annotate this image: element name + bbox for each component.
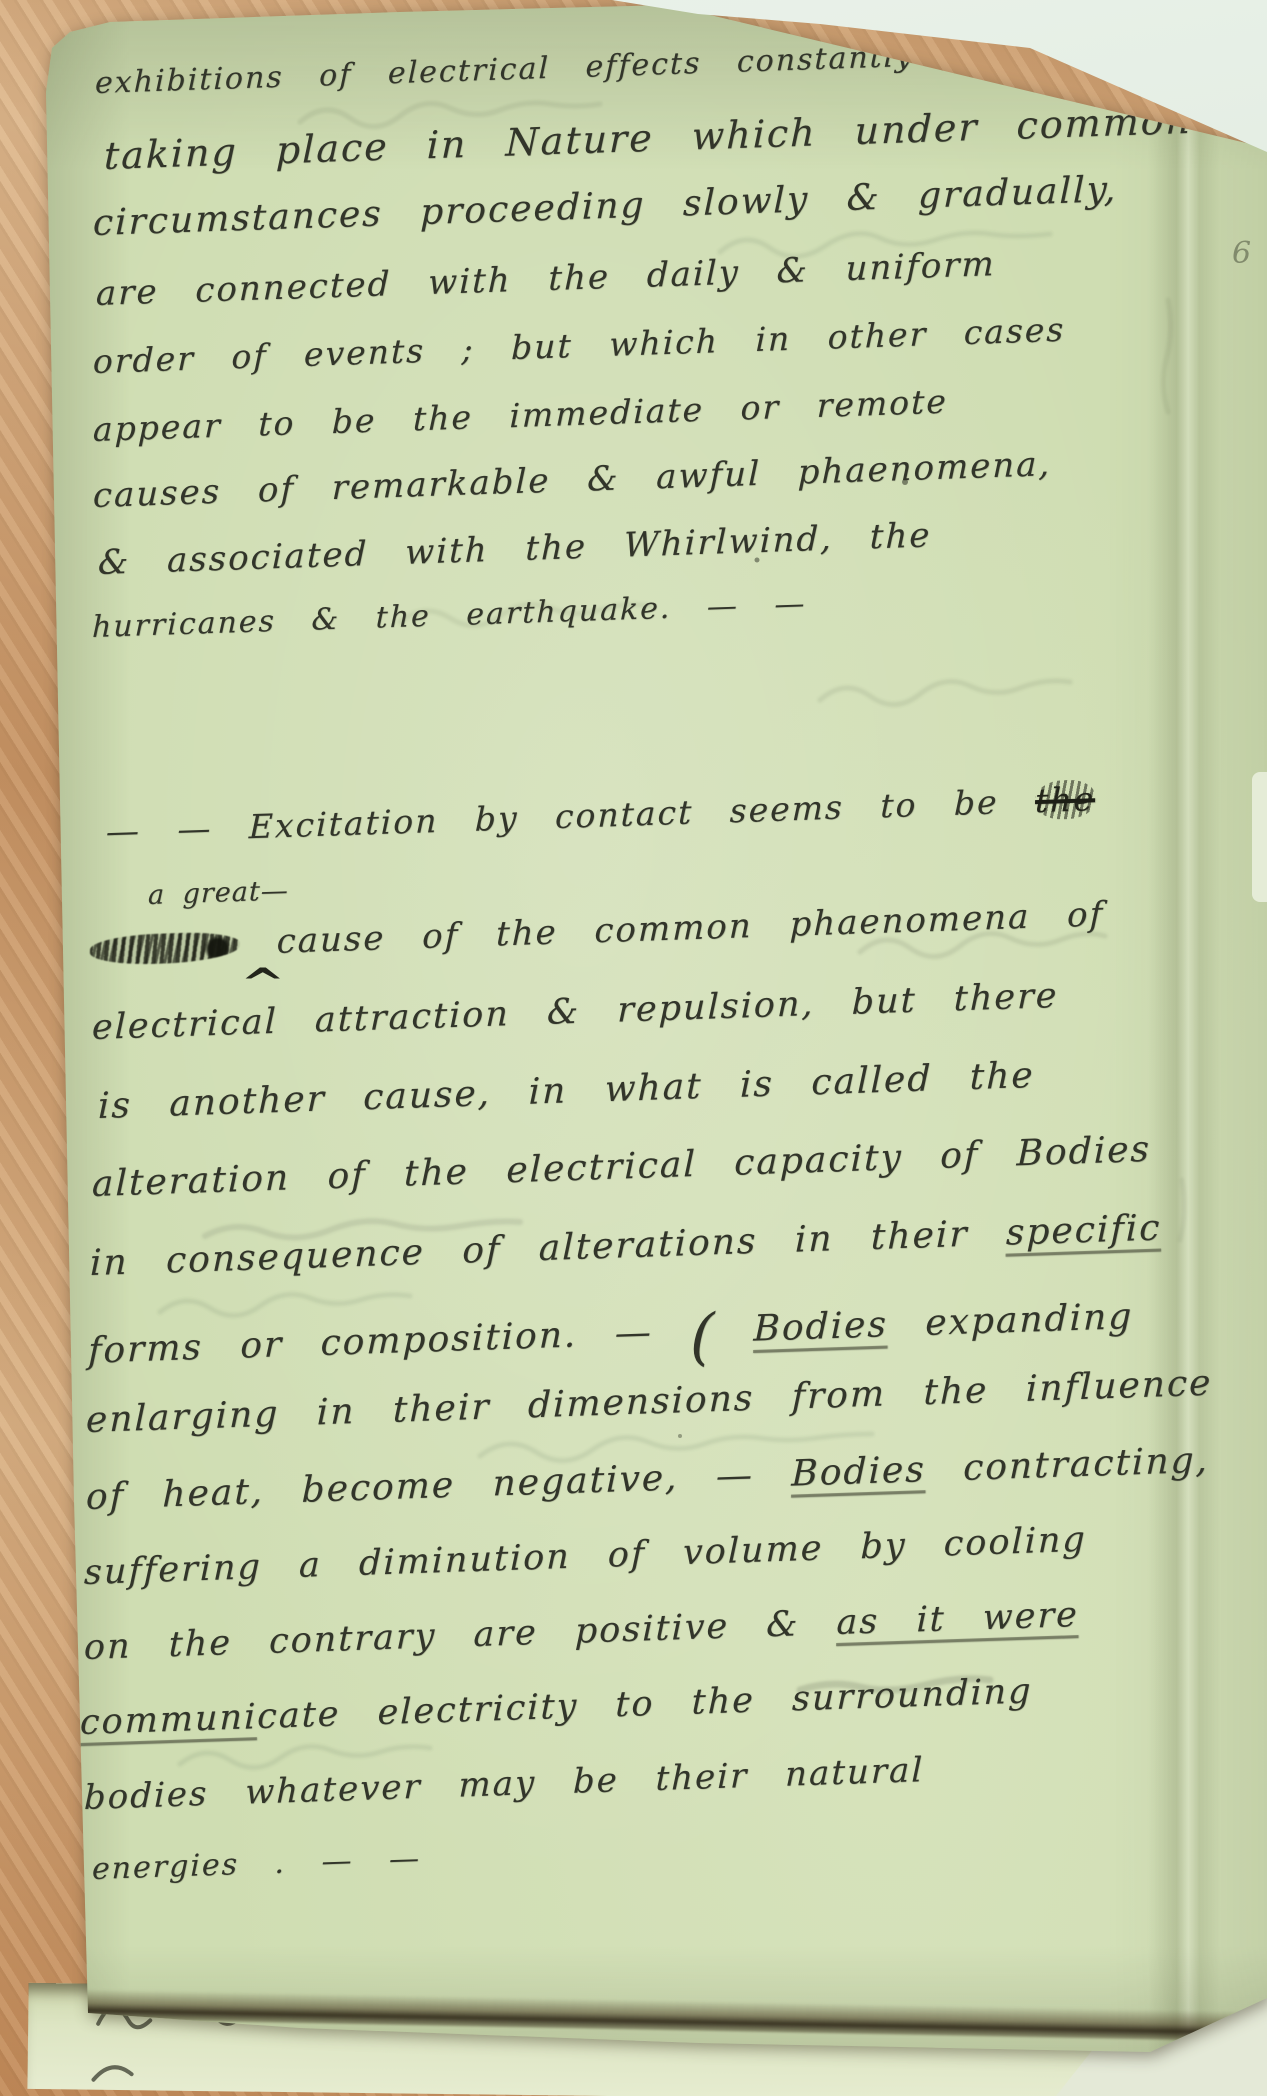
manuscript-line: exhibitions of electrical effects consta… [95,39,915,101]
handwritten-text: of heat, become negative, — [86,1454,792,1518]
manuscript-line: hurricanes & the earthquake. — — [92,586,807,645]
struck-out-word: the [1035,779,1096,820]
handwritten-text: expanding [888,1296,1134,1345]
handwritten-text: suffering a diminution of volume by cool… [84,1520,1088,1593]
manuscript-line: a great— [148,875,289,911]
handwritten-text: Bodies [753,1304,888,1350]
handwritten-text: electrical attraction & repulsion, but t… [92,976,1059,1048]
handwritten-text: cate electricity to the surrounding [257,1671,1033,1737]
handwritten-text: circumstances proceeding slowly & gradua… [93,169,1118,244]
manuscript-line: taking place in Nature which under commo… [104,98,1193,178]
manuscript-line: communicate electricity to the surroundi… [80,1671,1033,1743]
handwritten-text: hurricanes & the earthquake. — — [92,586,807,645]
handwritten-text: energies . — — [92,1841,422,1887]
manuscript-line: alteration of the electrical capacity of… [92,1129,1152,1205]
manuscript-line: order of events ; but which in other cas… [93,310,1066,381]
handwritten-text: a great— [148,875,289,911]
handwritten-text [716,1309,754,1351]
manuscript-line: & associated with the Whirlwind, the [98,515,932,583]
manuscript-page-wrap: exhibitions of electrical effects consta… [0,0,1267,2096]
manuscript-line: electrical attraction & repulsion, but t… [92,976,1059,1048]
manuscript-line: energies . — — [92,1841,422,1887]
photograph-of-manuscript: exhibitions of electrical effects consta… [0,0,1267,2096]
page-edge-notch [1252,772,1267,902]
handwritten-text: are connected with the daily & uniform [96,244,996,314]
manuscript-line: are connected with the daily & uniform [96,244,996,314]
handwritten-text: contracting, [925,1440,1209,1490]
handwritten-text: specific [1006,1207,1162,1253]
manuscript-line: on the contrary are positive & as it wer… [84,1595,1080,1668]
manuscript-line: is another cause, in what is called the [98,1055,1035,1127]
handwritten-text-layer: exhibitions of electrical effects consta… [0,0,1267,2096]
pencil-page-number: 6 [1232,236,1251,271]
handwritten-text: forms or composition. — [88,1311,691,1372]
manuscript-line: appear to be the immediate or remote [93,382,949,449]
manuscript-line: of heat, become negative, — Bodies contr… [86,1440,1210,1518]
handwritten-text: as it were [836,1595,1079,1643]
manuscript-line: circumstances proceeding slowly & gradua… [93,169,1118,244]
handwritten-text: order of events ; but which in other cas… [93,310,1066,381]
handwritten-text: communi [80,1697,258,1743]
handwritten-text: in consequence of alterations in their [90,1213,1007,1284]
manuscript-line: bodies whatever may be their natural [84,1750,925,1818]
handwritten-text: bodies whatever may be their natural [84,1750,925,1818]
scribbled-out-word [90,931,240,966]
manuscript-line: causes of remarkable & awful phaenomena, [93,444,1052,516]
handwritten-text: cause of the common phaenomena of [240,894,1105,963]
manuscript-line: suffering a diminution of volume by cool… [84,1520,1088,1593]
manuscript-page: exhibitions of electrical effects consta… [0,0,1267,2096]
handwritten-text: appear to be the immediate or remote [93,382,949,449]
manuscript-line: in consequence of alterations in their s… [90,1207,1162,1284]
handwritten-text: — — Excitation by contact seems to be [106,781,1036,851]
handwritten-text: ( [689,1301,716,1373]
handwritten-text: taking place in Nature which under commo… [104,98,1193,178]
handwritten-text: & associated with the Whirlwind, the [98,515,932,583]
handwritten-text: exhibitions of electrical effects consta… [95,39,915,101]
handwritten-text: Bodies [791,1449,926,1495]
insertion-caret: ^ [240,960,285,1007]
handwritten-text: alteration of the electrical capacity of… [92,1129,1152,1205]
handwritten-text: causes of remarkable & awful phaenomena, [93,444,1052,516]
manuscript-line: — — Excitation by contact seems to be th… [106,779,1096,851]
handwritten-text: on the contrary are positive & [84,1603,837,1668]
handwritten-text: is another cause, in what is called the [98,1055,1035,1127]
